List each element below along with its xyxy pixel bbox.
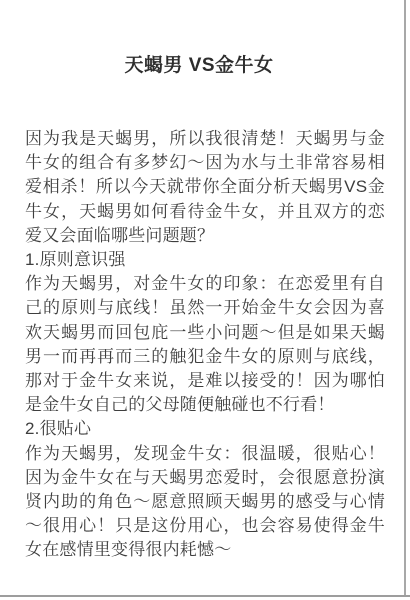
article-body: 因为我是天蝎男，所以我很清楚！天蝎男与金牛女的组合有多梦幻～因为水与土非常容易相… — [25, 127, 385, 563]
article-title: 天蝎男 VS金牛女 — [0, 50, 398, 77]
section-paragraph-2: 作为天蝎男，发现金牛女：很温暖，很贴心！因为金牛女在与天蝎男恋爱时，会很愿意扮演… — [25, 442, 385, 563]
section-heading-2: 2.很贴心 — [25, 417, 385, 441]
intro-paragraph: 因为我是天蝎男，所以我很清楚！天蝎男与金牛女的组合有多梦幻～因为水与土非常容易相… — [25, 127, 385, 248]
article-card: 天蝎男 VS金牛女 因为我是天蝎男，所以我很清楚！天蝎男与金牛女的组合有多梦幻～… — [0, 0, 406, 595]
section-paragraph-1: 作为天蝎男，对金牛女的印象：在恋爱里有自己的原则与底线！虽然一开始金牛女会因为喜… — [25, 272, 385, 417]
bottom-divider — [0, 595, 410, 597]
article-page: 天蝎男 VS金牛女 因为我是天蝎男，所以我很清楚！天蝎男与金牛女的组合有多梦幻～… — [0, 0, 410, 600]
section-heading-1: 1.原则意识强 — [25, 248, 385, 272]
